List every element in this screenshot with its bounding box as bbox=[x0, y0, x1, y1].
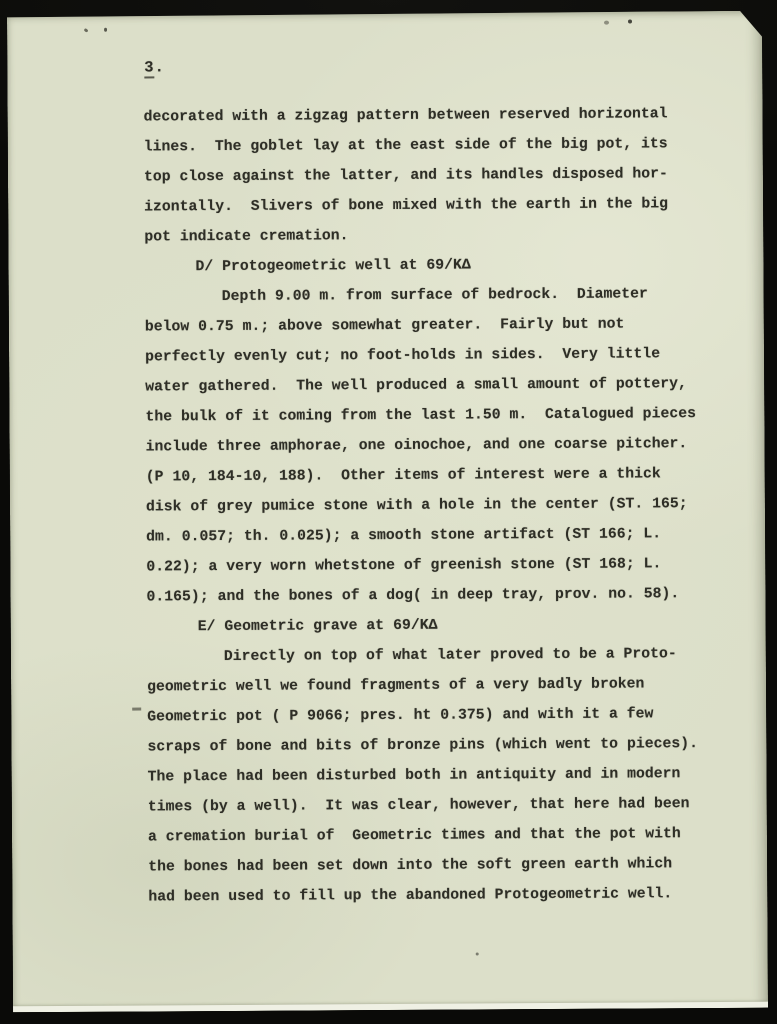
ink-speck bbox=[84, 28, 89, 33]
page-number: 3. bbox=[144, 58, 164, 78]
typed-line: perfectly evenly cut; no foot-holds in s… bbox=[145, 339, 720, 373]
typed-line: (P 10, 184-10, 188). Other items of inte… bbox=[146, 459, 721, 493]
typed-line: times (by a well). It was clear, however… bbox=[148, 789, 723, 823]
typed-text-block: decorated with a zigzag pattern between … bbox=[143, 99, 723, 912]
typed-line: Directly on top of what later proved to … bbox=[147, 639, 722, 673]
typed-line: a cremation burial of Geometric times an… bbox=[148, 819, 723, 853]
typed-line: include three amphorae, one oinochoe, an… bbox=[146, 429, 721, 463]
typed-line: top close against the latter, and its ha… bbox=[144, 159, 719, 193]
typed-line: The place had been disturbed both in ant… bbox=[148, 759, 723, 793]
document-page: 3. decorated with a zigzag pattern betwe… bbox=[7, 11, 768, 1013]
ink-speck bbox=[104, 28, 107, 32]
typed-line: E/ Geometric grave at 69/KΔ bbox=[147, 609, 722, 643]
typed-line: lines. The goblet lay at the east side o… bbox=[144, 129, 719, 163]
ink-speck bbox=[604, 21, 609, 25]
ink-speck bbox=[476, 952, 479, 955]
typed-line: scraps of bone and bits of bronze pins (… bbox=[147, 729, 722, 763]
ink-speck bbox=[628, 19, 632, 23]
typed-line: water gathered. The well produced a smal… bbox=[145, 369, 720, 403]
typed-line: below 0.75 m.; above somewhat greater. F… bbox=[145, 309, 720, 343]
typed-line: the bones had been set down into the sof… bbox=[148, 849, 723, 883]
typed-line: pot indicate cremation. bbox=[144, 219, 719, 253]
typed-line: D/ Protogeometric well at 69/KΔ bbox=[144, 249, 719, 283]
margin-dash-mark bbox=[132, 708, 141, 711]
page-number-digit: 3 bbox=[144, 58, 154, 78]
typed-line: had been used to fill up the abandoned P… bbox=[148, 879, 723, 913]
typed-line: decorated with a zigzag pattern between … bbox=[143, 99, 718, 133]
typed-line: Geometric pot ( P 9066; pres. ht 0.375) … bbox=[147, 699, 722, 733]
page-number-period: . bbox=[155, 58, 164, 76]
typed-line: disk of grey pumice stone with a hole in… bbox=[146, 489, 721, 523]
typed-line: dm. 0.057; th. 0.025); a smooth stone ar… bbox=[146, 519, 721, 553]
typed-line: izontally. Slivers of bone mixed with th… bbox=[144, 189, 719, 223]
typed-line: 0.22); a very worn whetstone of greenish… bbox=[146, 549, 721, 583]
typed-line: the bulk of it coming from the last 1.50… bbox=[145, 399, 720, 433]
typed-line: geometric well we found fragments of a v… bbox=[147, 669, 722, 703]
typed-line: 0.165); and the bones of a dog( in deep … bbox=[146, 579, 721, 613]
typed-line: Depth 9.00 m. from surface of bedrock. D… bbox=[145, 279, 720, 313]
